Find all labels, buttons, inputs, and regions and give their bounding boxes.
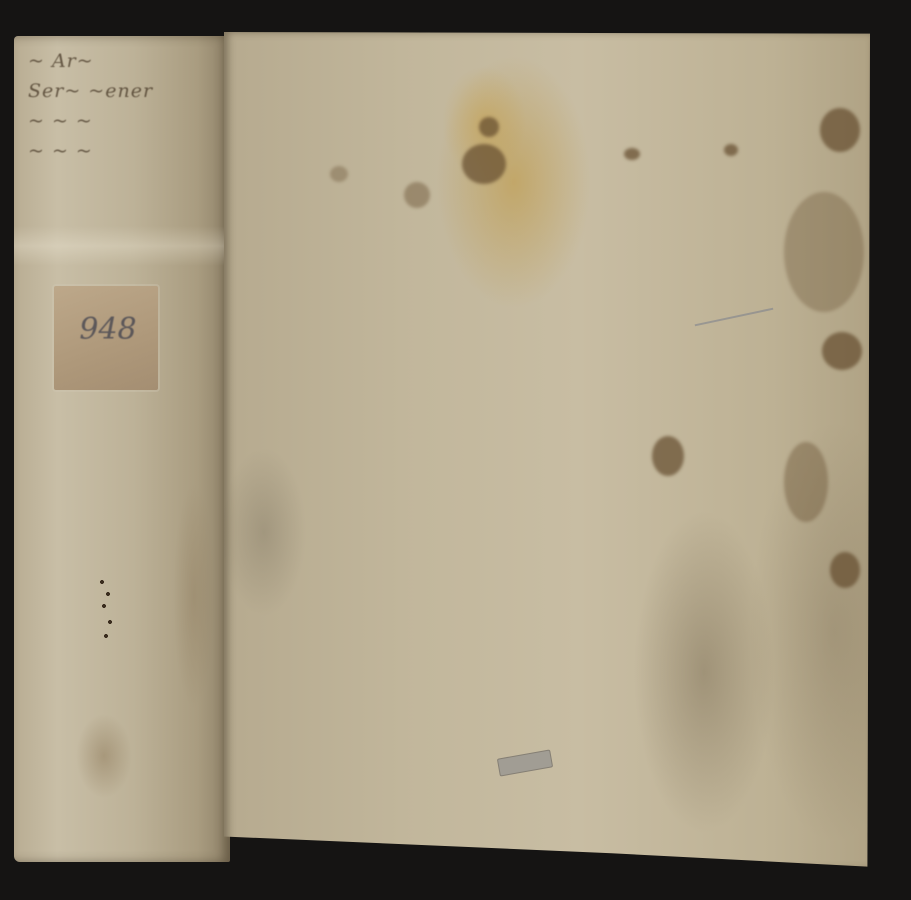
spine-title-line: ~ ~ ~ bbox=[28, 136, 218, 166]
ink-stain bbox=[820, 108, 860, 152]
spine-label-number: 948 bbox=[68, 312, 148, 347]
spine-title-line: Ser~ ~ener bbox=[28, 76, 218, 106]
photo-background: ~ Ar~ Ser~ ~ener ~ ~ ~ ~ ~ ~ 948 bbox=[0, 0, 911, 900]
book-front-cover bbox=[224, 32, 870, 870]
ink-stain bbox=[479, 117, 499, 137]
surface-scratch bbox=[695, 308, 774, 327]
ink-stain bbox=[724, 144, 738, 156]
ink-stain bbox=[330, 166, 348, 182]
ink-stain bbox=[652, 436, 684, 476]
spine-title-line: ~ ~ ~ bbox=[28, 106, 218, 136]
ink-stain bbox=[462, 144, 506, 184]
spine-handwritten-title: ~ Ar~ Ser~ ~ener ~ ~ ~ ~ ~ ~ bbox=[28, 46, 218, 226]
spine-wormholes bbox=[98, 576, 118, 646]
ink-stain bbox=[404, 182, 430, 208]
ink-stain bbox=[784, 442, 828, 522]
ink-stain bbox=[822, 332, 862, 370]
vellum-repair-patch bbox=[497, 749, 553, 776]
ink-stain bbox=[830, 552, 860, 588]
ink-stain bbox=[784, 192, 864, 312]
spine-paper-label: 948 bbox=[54, 286, 158, 390]
ink-stain bbox=[624, 148, 640, 160]
spine-title-line: ~ Ar~ bbox=[28, 46, 218, 76]
book-spine: ~ Ar~ Ser~ ~ener ~ ~ ~ ~ ~ ~ 948 bbox=[14, 36, 230, 862]
